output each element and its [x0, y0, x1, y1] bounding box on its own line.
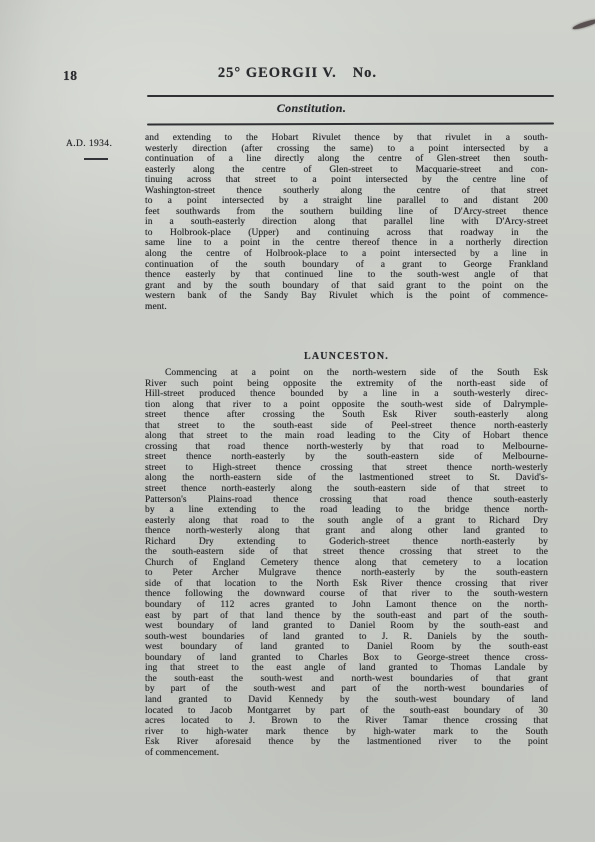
scan-corner-artifact	[572, 18, 595, 30]
text-line: along that street to the main road leadi…	[145, 431, 548, 442]
text-line: Washington-street thence southerly along…	[145, 186, 548, 197]
text-line: south-west boundaries of land granted to…	[145, 632, 548, 643]
text-line: to a point intersected by a straight lin…	[145, 196, 548, 207]
text-line: Commencing at a point on the north-weste…	[145, 368, 548, 379]
text-line: Church of England Cemetery thence along …	[145, 558, 548, 569]
text-line: easterly along that road to the south an…	[145, 516, 548, 527]
text-line: west boundary of land granted to Daniel …	[145, 642, 548, 653]
text-line: continuation of the south boundary of a …	[145, 260, 548, 271]
text-line: western bank of the Sandy Bay Rivulet wh…	[145, 291, 548, 302]
running-title-act-number: No.	[353, 65, 377, 81]
text-line: along the centre of Holbrook-place to a …	[145, 249, 548, 260]
text-line: located to Jacob Montgarret by part of t…	[145, 706, 548, 717]
text-line: street thence after crossing the South E…	[145, 410, 548, 421]
text-line: tion along that river to a point opposit…	[145, 400, 548, 411]
text-line: side of that location to the North Esk R…	[145, 579, 548, 590]
paper-surface: 18 25° GEORGII V.No. Constitution. A.D. …	[0, 0, 595, 842]
running-title: 25° GEORGII V.No.	[0, 65, 595, 82]
text-line: continuation of a line directly along th…	[145, 154, 548, 165]
margin-note-date: A.D. 1934.	[66, 139, 112, 149]
text-line: the south-east the south-west and north-…	[145, 674, 548, 685]
running-title-regnal: 25° GEORGII V.	[218, 65, 337, 81]
text-line: thence easterly by that continued line t…	[145, 270, 548, 281]
launceston-section-heading: LAUNCESTON.	[145, 351, 548, 362]
text-line: to Holbrook-place (Upper) and continuing…	[145, 228, 548, 239]
text-line: ment.	[145, 302, 548, 313]
text-line: ing that street to the east angle of lan…	[145, 663, 548, 674]
text-line: street thence north-easterly along the s…	[145, 484, 548, 495]
text-line: in a south-easterly direction along that…	[145, 217, 548, 228]
text-line: land granted to David Kennedy by the sou…	[145, 695, 548, 706]
text-line: River such point being opposite the extr…	[145, 379, 548, 390]
text-line: crossing that road thence north-westerly…	[145, 442, 548, 453]
text-line: boundary of land granted to Charles Box …	[145, 653, 548, 664]
text-line: Richard Dry extending to Goderich-street…	[145, 537, 548, 548]
text-line: east by part of that land thence by the …	[145, 611, 548, 622]
text-line: west boundary of land granted to Daniel …	[145, 621, 548, 632]
text-line: to Peter Archer Mulgrave thence north-ea…	[145, 568, 548, 579]
text-line: Hill-street produced thence bounded by a…	[145, 389, 548, 400]
text-line: river to high-water mark thence by high-…	[145, 727, 548, 738]
text-line: acres located to J. Brown to the River T…	[145, 716, 548, 727]
text-line: by a line extending to the road leading …	[145, 505, 548, 516]
text-line: street thence north-easterly by the sout…	[145, 452, 548, 463]
text-line: Patterson's Plains-road thence crossing …	[145, 495, 548, 506]
text-line: that street to the south-east side of Pe…	[145, 421, 548, 432]
text-line: and extending to the Hobart Rivulet then…	[145, 133, 548, 144]
text-line: tinuing across that street to a point in…	[145, 175, 548, 186]
text-line: westerly direction (after crossing the s…	[145, 144, 548, 155]
text-line: of commencement.	[145, 748, 548, 759]
header-rule-bottom	[147, 122, 554, 125]
text-line: easterly along the centre of Glen-street…	[145, 165, 548, 176]
text-line: thence north-westerly along that grant a…	[145, 526, 548, 537]
text-line: same line to a point in the centre there…	[145, 238, 548, 249]
text-line: the south-eastern side of that street th…	[145, 547, 548, 558]
text-line: boundary of 112 acres granted to John La…	[145, 600, 548, 611]
text-line: along the north-eastern side of the last…	[145, 473, 548, 484]
header-rule-top	[147, 95, 554, 97]
section-title: Constitution.	[0, 101, 595, 116]
margin-note-underline	[84, 158, 108, 160]
scanned-statute-page: 18 25° GEORGII V.No. Constitution. A.D. …	[0, 0, 595, 842]
launceston-boundary-paragraph: Commencing at a point on the north-weste…	[145, 368, 548, 758]
text-line: grant and by the south boundary of that …	[145, 281, 548, 292]
text-line: street to High-street thence crossing th…	[145, 463, 548, 474]
text-line: by part of the south-west and part of th…	[145, 684, 548, 695]
text-line: feet southwards from the southern buildi…	[145, 207, 548, 218]
text-line: Esk River aforesaid thence by the lastme…	[145, 737, 548, 748]
hobart-boundary-paragraph: and extending to the Hobart Rivulet then…	[145, 133, 548, 312]
text-line: thence following the downward course of …	[145, 589, 548, 600]
